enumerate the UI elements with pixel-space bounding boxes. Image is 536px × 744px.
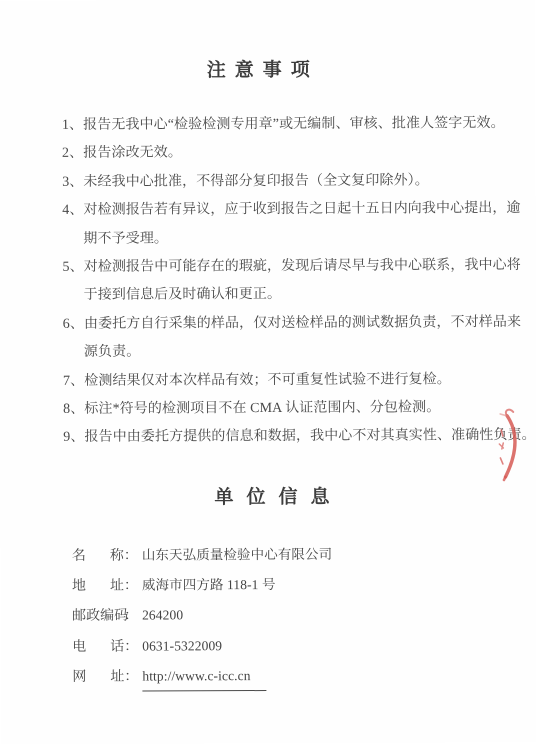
company-address-value: 威海市四方路 118-1 号 — [142, 577, 276, 593]
colon: ： — [124, 549, 138, 564]
item-number: 3、 — [62, 169, 83, 197]
item-number: 6、 — [63, 311, 84, 339]
notice-item-5: 5、对检测报告中可能存在的瑕疵，发现后请尽早与我中心联系，我中心将 — [62, 252, 514, 282]
item-text: 检测结果仅对本次样品有效；不可重复性试验不进行复检。 — [84, 372, 451, 389]
item-text: 源负责。 — [84, 345, 140, 360]
notice-item-7: 7、检测结果仅对本次样品有效；不可重复性试验不进行复检。 — [63, 366, 515, 396]
notice-item-8: 8、标注*符号的检测项目不在 CMA 认证范围内、分包检测。 — [63, 394, 515, 424]
notice-section-title: 注意事项 — [0, 59, 531, 83]
field-label: 网址 — [72, 662, 124, 691]
item-text: 报告无我中心“检验检测专用章”或无编制、审核、批准人签字无效。 — [83, 116, 505, 133]
item-text: 于接到信息后及时确认和更正。 — [84, 287, 281, 303]
company-section-title: 单位信息 — [11, 486, 536, 510]
notice-item-3: 3、未经我中心批准，不得部分复印报告（全文复印除外）。 — [62, 167, 514, 197]
item-text: 标注*符号的检测项目不在 CMA 认证范围内、分包检测。 — [84, 400, 440, 417]
postal-code-row: 邮政编码：264200 — [72, 600, 333, 631]
notice-item-1: 1、报告无我中心“检验检测专用章”或无编制、审核、批准人签字无效。 — [62, 110, 514, 140]
item-text: 报告涂改无效。 — [83, 146, 182, 161]
item-text: 报告中由委托方提供的信息和数据，我中心不对其真实性、准确性负责。 — [84, 428, 535, 445]
colon: ： — [124, 669, 138, 684]
item-number: 8、 — [63, 396, 84, 424]
field-label: 邮政编码 — [72, 602, 124, 631]
field-label: 名称 — [72, 542, 124, 571]
item-text: 期不予受理。 — [83, 231, 168, 246]
item-text: 未经我中心批准，不得部分复印报告（全文复印除外）。 — [83, 173, 429, 190]
notice-item-6: 6、由委托方自行采集的样品，仅对送检样品的测试数据负责，不对样品来 — [63, 309, 515, 339]
notice-list: 1、报告无我中心“检验检测专用章”或无编制、审核、批准人签字无效。 2、报告涂改… — [62, 110, 515, 453]
item-number: 4、 — [62, 197, 83, 225]
website-value: http://www.c-icc.cn — [142, 661, 266, 692]
phone-row: 电话：0631-5322009 — [72, 630, 333, 661]
item-text: 由委托方自行采集的样品，仅对送检样品的测试数据负责，不对样品来 — [84, 315, 521, 332]
field-label: 地址 — [72, 572, 124, 601]
notice-item-5-cont: 于接到信息后及时确认和更正。 — [63, 280, 515, 310]
item-number: 5、 — [62, 254, 83, 282]
company-info-fields: 名称：山东天弘质量检验中心有限公司 地址：威海市四方路 118-1 号 邮政编码… — [72, 540, 333, 692]
item-number: 2、 — [62, 140, 83, 168]
item-text: 对检测报告若有异议，应于收到报告之日起十五日内向我中心提出，逾 — [83, 201, 520, 218]
colon: ： — [124, 609, 138, 624]
item-number: 9、 — [63, 424, 84, 452]
notice-item-4: 4、对检测报告若有异议，应于收到报告之日起十五日内向我中心提出，逾 — [62, 195, 514, 225]
company-address-row: 地址：威海市四方路 118-1 号 — [72, 570, 333, 601]
website-row: 网址：http://www.c-icc.cn — [72, 661, 333, 692]
field-label: 电话 — [72, 632, 124, 661]
colon: ： — [124, 579, 138, 594]
item-number: 7、 — [63, 367, 84, 395]
item-text: 对检测报告中可能存在的瑕疵，发现后请尽早与我中心联系，我中心将 — [84, 258, 521, 275]
phone-value: 0631-5322009 — [142, 638, 222, 653]
company-name-value: 山东天弘质量检验中心有限公司 — [142, 547, 332, 563]
notice-item-4-cont: 期不予受理。 — [62, 224, 514, 254]
colon: ： — [124, 639, 138, 654]
company-name-row: 名称：山东天弘质量检验中心有限公司 — [72, 540, 333, 571]
notice-item-9: 9、报告中由委托方提供的信息和数据，我中心不对其真实性、准确性负责。 — [63, 422, 515, 452]
item-number: 1、 — [62, 112, 83, 140]
notice-item-2: 2、报告涂改无效。 — [62, 138, 514, 168]
postal-code-value: 264200 — [142, 608, 183, 623]
notice-item-6-cont: 源负责。 — [63, 337, 515, 367]
scanned-document-page: 注意事项 1、报告无我中心“检验检测专用章”或无编制、审核、批准人签字无效。 2… — [0, 0, 536, 743]
